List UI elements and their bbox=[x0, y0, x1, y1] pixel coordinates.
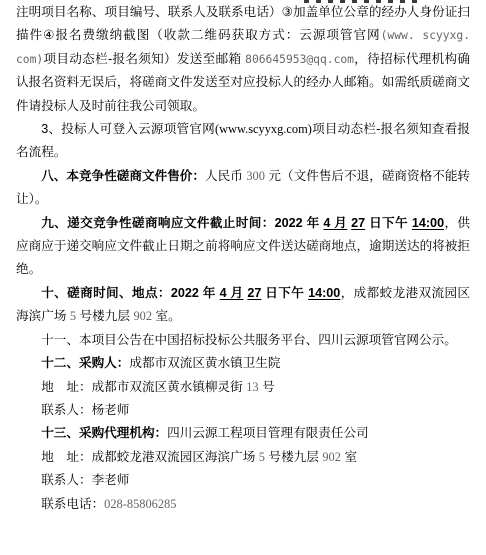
url-text: (www.scyyxg.com) bbox=[215, 122, 312, 136]
text-run: 2022 年 bbox=[275, 216, 324, 230]
document-page: 注明项目名称、项目编号、联系人及联系电话）③加盖单位公章的经办人身份证扫描件④报… bbox=[0, 0, 486, 555]
deadline-time: 14:00 bbox=[412, 216, 444, 230]
section-heading: 十二、采购人： bbox=[41, 356, 129, 370]
price-value: 300 bbox=[246, 169, 265, 183]
para-section-13-agency: 十三、采购代理机构：四川云源工程项目管理有限责任公司 bbox=[16, 422, 470, 445]
text-run: 地 址：成都蛟龙港双流园区海滨广场 bbox=[41, 450, 259, 464]
text-run: 室 bbox=[341, 450, 357, 464]
section-heading: 十、磋商时间、地点： bbox=[41, 286, 171, 300]
deadline-day: 27 bbox=[351, 216, 365, 230]
text-run: 号 bbox=[259, 380, 275, 394]
text-run: 号楼九层 bbox=[76, 309, 133, 323]
para-purchaser-address: 地 址：成都市双流区黄水镇柳灵街 13 号 bbox=[16, 376, 470, 399]
para-section-9-deadline: 九、递交竞争性磋商响应文件截止时间：2022 年 4 月 27 日下午 14:0… bbox=[16, 212, 470, 282]
text-run: 项目动态栏-报名须知）发送至邮箱 bbox=[43, 52, 245, 66]
text-run: 2022 年 bbox=[171, 286, 220, 300]
text-run: 3、投标人可登入云源项管官网 bbox=[41, 122, 215, 136]
meeting-day: 27 bbox=[247, 286, 261, 300]
purchaser-name: 成都市双流区黄水镇卫生院 bbox=[129, 356, 280, 370]
text-run: 日下午 bbox=[261, 286, 308, 300]
contact-person: 联系人：李老师 bbox=[41, 473, 129, 487]
para-registration-materials: 注明项目名称、项目编号、联系人及联系电话）③加盖单位公章的经办人身份证扫描件④报… bbox=[16, 1, 470, 118]
para-section-8-document-price: 八、本竞争性磋商文件售价：人民币 300 元（文件售后不退，磋商资格不能转让）。 bbox=[16, 165, 470, 212]
para-agency-phone: 联系电话：028-85806285 bbox=[16, 493, 470, 516]
para-section-10-time-location: 十、磋商时间、地点：2022 年 4 月 27 日下午 14:00，成都蛟龙港双… bbox=[16, 282, 470, 329]
para-section-11-announcement-platforms: 十一、本项目公告在中国招标投标公共服务平台、四川云源项管官网公示。 bbox=[16, 329, 470, 352]
para-agency-contact: 联系人：李老师 bbox=[16, 469, 470, 492]
section-heading: 九、递交竞争性磋商响应文件截止时间： bbox=[41, 216, 274, 230]
text-run: 号楼九层 bbox=[265, 450, 322, 464]
text-run: 日下午 bbox=[365, 216, 412, 230]
text-run: 地 址：成都市双流区黄水镇柳灵街 bbox=[41, 380, 246, 394]
contact-person: 联系人：杨老师 bbox=[41, 403, 129, 417]
section-heading: 八、本竞争性磋商文件售价： bbox=[41, 169, 205, 183]
text-run: 室。 bbox=[152, 309, 181, 323]
agency-name: 四川云源工程项目管理有限责任公司 bbox=[167, 426, 369, 440]
deadline-month: 4 月 bbox=[323, 216, 347, 230]
text-run: 人民币 bbox=[205, 169, 246, 183]
para-agency-address: 地 址：成都蛟龙港双流园区海滨广场 5 号楼九层 902 室 bbox=[16, 446, 470, 469]
para-item-3-signup-process: 3、投标人可登入云源项管官网(www.scyyxg.com)项目动态栏-报名须知… bbox=[16, 118, 470, 165]
meeting-month: 4 月 bbox=[220, 286, 244, 300]
email-text: 806645953@qq.com bbox=[245, 53, 354, 66]
para-section-12-purchaser: 十二、采购人：成都市双流区黄水镇卫生院 bbox=[16, 352, 470, 375]
meeting-time: 14:00 bbox=[308, 286, 340, 300]
text-run: 联系电话： bbox=[41, 497, 104, 511]
text-run: 902 bbox=[133, 309, 152, 323]
section-heading: 十三、采购代理机构： bbox=[41, 426, 167, 440]
text-run: 13 bbox=[246, 380, 258, 394]
document-body: 注明项目名称、项目编号、联系人及联系电话）③加盖单位公章的经办人身份证扫描件④报… bbox=[16, 1, 470, 516]
para-purchaser-contact: 联系人：杨老师 bbox=[16, 399, 470, 422]
text-run: 902 bbox=[322, 450, 341, 464]
text-run: 十一、本项目公告在中国招标投标公共服务平台、四川云源项管官网公示。 bbox=[41, 333, 457, 347]
phone-number: 028-85806285 bbox=[104, 497, 176, 511]
